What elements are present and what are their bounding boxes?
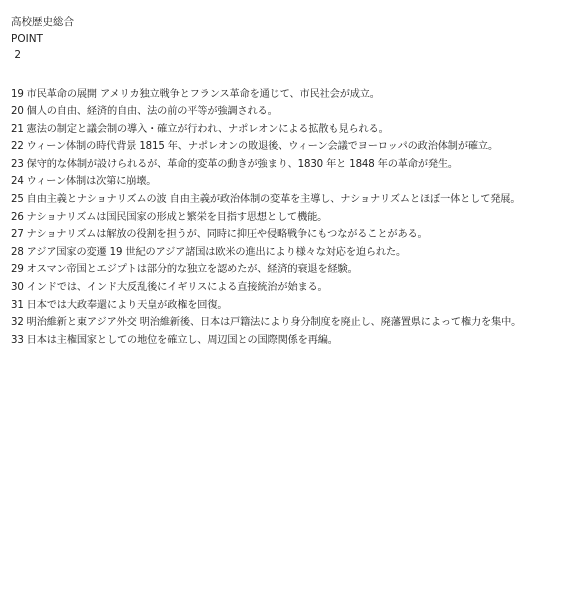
text-line: 19市民革命の展開 アメリカ独立戦争とフランス革命を通じて、市民社会が成立。: [11, 86, 581, 104]
line-number: 29: [11, 264, 24, 275]
text-line: 21憲法の制定と議会制の導入・確立が行われ、ナポレオンによる拡散も見られる。: [11, 121, 581, 139]
line-text: 憲法の制定と議会制の導入・確立が行われ、ナポレオンによる拡散も見られる。: [27, 124, 389, 135]
text-line: 20個人の自由、経済的自由、法の前の平等が強調される。: [11, 103, 581, 121]
subject-title: 高校歴史総合: [11, 14, 581, 31]
line-number: 25: [11, 194, 24, 205]
text-line: 28アジア国家の変遷 19 世紀のアジア諸国は欧米の進出により様々な対応を迫られ…: [11, 244, 581, 262]
line-text: 自由主義とナショナリズムの波 自由主義が政治体制の変革を主導し、ナショナリズムと…: [27, 194, 521, 205]
text-line: 24ウィーン体制は次第に崩壊。: [11, 173, 581, 191]
line-text: 日本は主権国家としての地位を確立し、周辺国との国際関係を再編。: [27, 335, 338, 346]
line-number: 20: [11, 106, 24, 117]
line-number: 24: [11, 176, 24, 187]
line-text: ナショナリズムは国民国家の形成と繁栄を目指す思想として機能。: [27, 212, 328, 223]
line-number: 22: [11, 141, 24, 152]
line-number: 32: [11, 317, 24, 328]
line-text: 市民革命の展開 アメリカ独立戦争とフランス革命を通じて、市民社会が成立。: [27, 89, 380, 100]
text-line: 26ナショナリズムは国民国家の形成と繁栄を目指す思想として機能。: [11, 209, 581, 227]
text-line: 23保守的な体制が設けられるが、革命的変革の動きが強まり、1830 年と 184…: [11, 156, 581, 174]
document-page: 高校歴史総合 POINT 2 19市民革命の展開 アメリカ独立戦争とフランス革命…: [11, 14, 581, 349]
line-number: 31: [11, 300, 24, 311]
numbered-lines: 19市民革命の展開 アメリカ独立戦争とフランス革命を通じて、市民社会が成立。 2…: [11, 86, 581, 350]
line-number: 19: [11, 89, 24, 100]
line-text: 日本では大政奉還により天皇が政権を回復。: [27, 300, 228, 311]
text-line: 33日本は主権国家としての地位を確立し、周辺国との国際関係を再編。: [11, 332, 581, 350]
line-number: 33: [11, 335, 24, 346]
line-text: 明治維新と東アジア外交 明治維新後、日本は戸籍法により身分制度を廃止し、廃藩置県…: [27, 317, 522, 328]
text-line: 25自由主義とナショナリズムの波 自由主義が政治体制の変革を主導し、ナショナリズ…: [11, 191, 581, 209]
text-line: 27ナショナリズムは解放の役割を担うが、同時に抑圧や侵略戦争にもつながることがあ…: [11, 226, 581, 244]
text-line: 30インドでは、インド大反乱後にイギリスによる直接統治が始まる。: [11, 279, 581, 297]
text-line: 32明治維新と東アジア外交 明治維新後、日本は戸籍法により身分制度を廃止し、廃藩…: [11, 314, 581, 332]
line-number: 26: [11, 212, 24, 223]
line-number: 27: [11, 229, 24, 240]
line-number: 28: [11, 247, 24, 258]
text-line: 22ウィーン体制の時代背景 1815 年、ナポレオンの敗退後、ウィーン会議でヨー…: [11, 138, 581, 156]
spacer: [11, 64, 581, 86]
line-text: ウィーン体制は次第に崩壊。: [27, 176, 157, 187]
line-text: ナショナリズムは解放の役割を担うが、同時に抑圧や侵略戦争にもつながることがある。: [27, 229, 428, 240]
line-text: インドでは、インド大反乱後にイギリスによる直接統治が始まる。: [27, 282, 328, 293]
section-label: POINT: [11, 31, 581, 48]
text-line: 29オスマン帝国とエジプトは部分的な独立を認めたが、経済的衰退を経験。: [11, 261, 581, 279]
line-number: 21: [11, 124, 24, 135]
page-number: 2: [11, 47, 581, 64]
line-text: アジア国家の変遷 19 世紀のアジア諸国は欧米の進出により様々な対応を迫られた。: [27, 247, 406, 258]
line-text: オスマン帝国とエジプトは部分的な独立を認めたが、経済的衰退を経験。: [27, 264, 358, 275]
line-number: 23: [11, 159, 24, 170]
line-text: 個人の自由、経済的自由、法の前の平等が強調される。: [27, 106, 278, 117]
line-text: ウィーン体制の時代背景 1815 年、ナポレオンの敗退後、ウィーン会議でヨーロッ…: [27, 141, 498, 152]
line-text: 保守的な体制が設けられるが、革命的変革の動きが強まり、1830 年と 1848 …: [27, 159, 458, 170]
line-number: 30: [11, 282, 24, 293]
text-line: 31日本では大政奉還により天皇が政権を回復。: [11, 297, 581, 315]
